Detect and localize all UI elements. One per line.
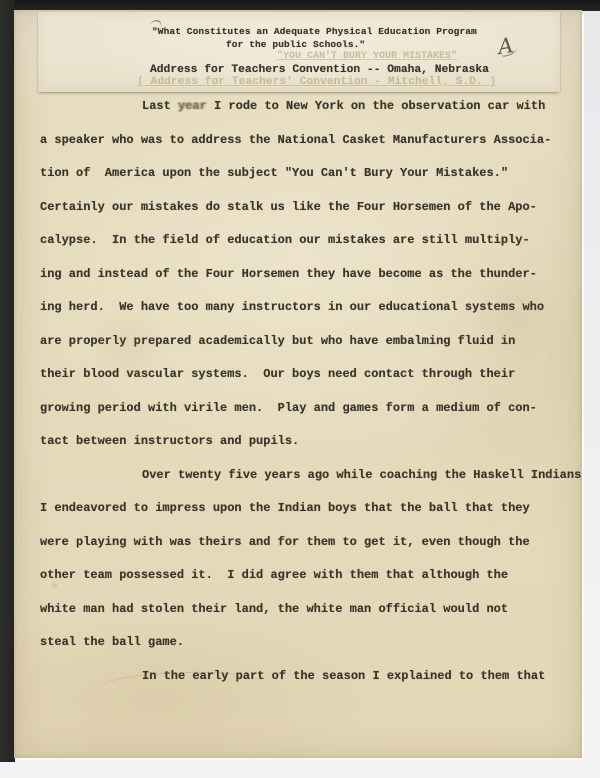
typed-line: other team possessed it. I did agree wit… (40, 559, 568, 593)
document-title-line2: for the public Schools." (226, 39, 365, 50)
typed-line: I endeavored to impress upon the Indian … (40, 492, 568, 526)
photo-backdrop-left (0, 0, 15, 762)
typed-text: I rode to New York on the observation ca… (207, 99, 545, 113)
document-title-line1: "What Constitutes an Adequate Physical E… (152, 26, 477, 37)
paper-stain-blotch (474, 260, 554, 370)
ghost-title-text: "YOU CAN'T BURY YOUR MISTAKES" (277, 51, 457, 62)
paper-stain-spot (50, 582, 59, 589)
typed-line: tion of America upon the subject "You Ca… (40, 157, 568, 191)
typed-line: tact between instructors and pupils. (40, 425, 568, 459)
typed-line: white man had stolen their land, the whi… (40, 593, 568, 627)
typed-line: Certainly our mistakes do stalk us like … (40, 191, 568, 225)
typed-line: Over twenty five years ago while coachin… (40, 459, 568, 493)
document-subtitle: Address for Teachers Convention -- Omaha… (150, 64, 489, 76)
pasted-header-strip: "What Constitutes an Adequate Physical E… (38, 12, 560, 92)
typed-line: calypse. In the field of education our m… (40, 224, 568, 258)
document-page: "What Constitutes an Adequate Physical E… (14, 10, 582, 758)
ghost-subtitle-text: ( Address for Teachers' Convention - Mit… (137, 76, 496, 88)
paper-stain-blotch (84, 310, 174, 380)
typed-body: Last year I rode to New York on the obse… (40, 90, 568, 693)
typed-line: steal the ball game. (40, 626, 568, 660)
typed-line: Last year I rode to New York on the obse… (40, 90, 568, 124)
typed-line: a speaker who was to address the Nationa… (40, 124, 568, 158)
typed-line: growing period with virile men. Play and… (40, 392, 568, 426)
typed-line: were playing with was theirs and for the… (40, 526, 568, 560)
typed-text: Last (142, 99, 178, 113)
overstruck-word: year (178, 99, 207, 113)
